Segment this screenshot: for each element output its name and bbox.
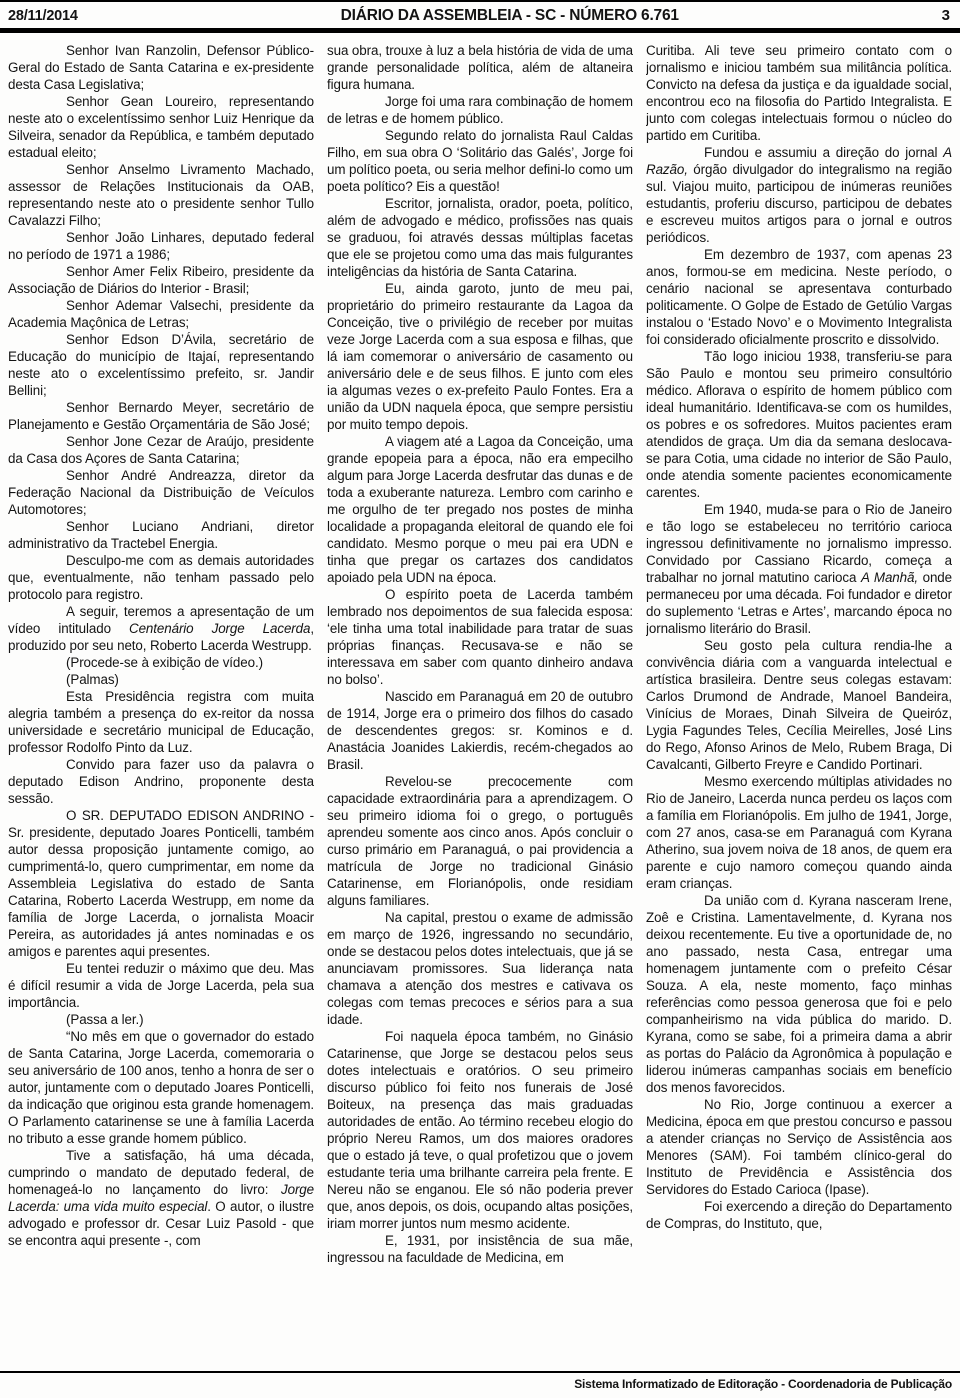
text-run: O espírito poeta de Lacerda também lembr… [327,587,633,687]
text-run: Fundou e assumiu a direção do jornal [704,145,943,160]
paragraph: Senhor Edson D’Ávila, secretário de Educ… [8,331,314,399]
text-run: (Palmas) [66,672,119,687]
text-run: “No mês em que o governador do estado de… [8,1029,314,1146]
text-run: Nascido em Paranaguá em 20 de outubro de… [327,689,633,772]
page-header: 28/11/2014 DIÁRIO DA ASSEMBLEIA - SC - N… [0,0,960,33]
text-run: Senhor Luciano Andriani, diretor adminis… [8,519,314,551]
text-run: Seu gosto pela cultura rendia-lhe a conv… [646,638,952,772]
text-run: Revelou-se precocemente com capacidade e… [327,774,633,908]
text-columns: Senhor Ivan Ranzolin, Defensor Público-G… [0,33,960,1329]
text-run: Senhor Bernardo Meyer, secretário de Pla… [8,400,314,432]
text-run: Convido para fazer uso da palavra o depu… [8,757,314,806]
text-run: Tão logo iniciou 1938, transferiu-se par… [646,349,952,500]
text-run: Senhor Ademar Valsechi, presidente da Ac… [8,298,314,330]
text-run: Curitiba. Ali teve seu primeiro contato … [646,43,952,143]
text-run: Senhor Gean Loureiro, representando nest… [8,94,314,160]
text-column-3: Curitiba. Ali teve seu primeiro contato … [646,42,952,1329]
paragraph: Esta Presidência registra com muita aleg… [8,688,314,756]
paragraph: Segundo relato do jornalista Raul Caldas… [327,127,633,195]
text-run: Desculpo-me com as demais autoridades qu… [8,553,314,602]
text-run: A viagem até a Lagoa da Conceição, uma g… [327,434,633,585]
paragraph: Senhor Amer Felix Ribeiro, presidente da… [8,263,314,297]
paragraph: Senhor Ivan Ranzolin, Defensor Público-G… [8,42,314,93]
text-run: Senhor Jone Cezar de Araújo, presidente … [8,434,314,466]
paragraph: Escritor, jornalista, orador, poeta, pol… [327,195,633,280]
paragraph: Na capital, prestou o exame de admissão … [327,909,633,1028]
italic-text-run: A Manhã, [861,570,918,585]
text-run: (Passa a ler.) [66,1012,144,1027]
text-run: (Procede-se à exibição de vídeo.) [66,655,263,670]
text-run: Escritor, jornalista, orador, poeta, pol… [327,196,633,279]
text-column-1: Senhor Ivan Ranzolin, Defensor Público-G… [8,42,314,1329]
paragraph: Nascido em Paranaguá em 20 de outubro de… [327,688,633,773]
footer-text: Sistema Informatizado de Editoração - Co… [0,1373,960,1398]
page-footer: Sistema Informatizado de Editoração - Co… [0,1371,960,1398]
text-run: Senhor Ivan Ranzolin, Defensor Público-G… [8,43,314,92]
text-run: Jorge foi uma rara combinação de homem d… [327,94,633,126]
paragraph: Da união com d. Kyrana nasceram Irene, Z… [646,892,952,1096]
paragraph: Foi naquela época também, no Ginásio Cat… [327,1028,633,1232]
text-run: Eu tentei reduzir o máximo que deu. Mas … [8,961,314,1010]
text-run: Senhor João Linhares, deputado federal n… [8,230,314,262]
text-column-2: sua obra, trouxe à luz a bela história d… [327,42,633,1329]
top-rule [0,0,960,2]
masthead-title: DIÁRIO DA ASSEMBLEIA - SC - NÚMERO 6.761 [341,7,679,25]
text-run: Na capital, prestou o exame de admissão … [327,910,633,1027]
paragraph: O SR. DEPUTADO EDISON ANDRINO - Sr. pres… [8,807,314,960]
paragraph: Convido para fazer uso da palavra o depu… [8,756,314,807]
paragraph: Senhor André Andreazza, diretor da Feder… [8,467,314,518]
paragraph: Senhor Anselmo Livramento Machado, asses… [8,161,314,229]
text-run: E, 1931, por insistência de sua mãe, ing… [327,1233,633,1265]
paragraph: Eu, ainda garoto, junto de meu pai, prop… [327,280,633,433]
paragraph: O espírito poeta de Lacerda também lembr… [327,586,633,688]
text-run: Senhor André Andreazza, diretor da Feder… [8,468,314,517]
italic-text-run: Centenário Jorge Lacerda [129,621,310,636]
paragraph: Curitiba. Ali teve seu primeiro contato … [646,42,952,144]
paragraph: Fundou e assumiu a direção do jornal A R… [646,144,952,246]
text-run: Da união com d. Kyrana nasceram Irene, Z… [646,893,952,1095]
paragraph: (Passa a ler.) [8,1011,314,1028]
paragraph: Senhor Bernardo Meyer, secretário de Pla… [8,399,314,433]
paragraph: No Rio, Jorge continuou a exercer a Medi… [646,1096,952,1198]
paragraph: Revelou-se precocemente com capacidade e… [327,773,633,909]
text-run: Mesmo exercendo múltiplas atividades no … [646,774,952,891]
paragraph: Seu gosto pela cultura rendia-lhe a conv… [646,637,952,773]
paragraph: Senhor Jone Cezar de Araújo, presidente … [8,433,314,467]
text-run: Foi exercendo a direção do Departamento … [646,1199,952,1231]
paragraph: Tive a satisfação, há uma década, cumpri… [8,1147,314,1249]
text-run: Senhor Anselmo Livramento Machado, asses… [8,162,314,228]
page-number: 3 [942,7,950,24]
paragraph: Senhor Ademar Valsechi, presidente da Ac… [8,297,314,331]
gazette-page: 28/11/2014 DIÁRIO DA ASSEMBLEIA - SC - N… [0,0,960,1398]
text-run: Eu, ainda garoto, junto de meu pai, prop… [327,281,633,432]
paragraph: Desculpo-me com as demais autoridades qu… [8,552,314,603]
text-run: Senhor Amer Felix Ribeiro, presidente da… [8,264,314,296]
paragraph: Senhor Gean Loureiro, representando nest… [8,93,314,161]
text-run: No Rio, Jorge continuou a exercer a Medi… [646,1097,952,1197]
paragraph: Foi exercendo a direção do Departamento … [646,1198,952,1232]
paragraph: Senhor Luciano Andriani, diretor adminis… [8,518,314,552]
paragraph: Mesmo exercendo múltiplas atividades no … [646,773,952,892]
paragraph: Senhor João Linhares, deputado federal n… [8,229,314,263]
text-run: Esta Presidência registra com muita aleg… [8,689,314,755]
text-run: Segundo relato do jornalista Raul Caldas… [327,128,633,194]
paragraph: E, 1931, por insistência de sua mãe, ing… [327,1232,633,1266]
paragraph: Jorge foi uma rara combinação de homem d… [327,93,633,127]
paragraph: A seguir, teremos a apresentação de um v… [8,603,314,654]
issue-date: 28/11/2014 [8,8,78,24]
header-row: 28/11/2014 DIÁRIO DA ASSEMBLEIA - SC - N… [0,0,960,28]
text-run: Tive a satisfação, há uma década, cumpri… [8,1148,314,1197]
paragraph: “No mês em que o governador do estado de… [8,1028,314,1147]
paragraph: (Palmas) [8,671,314,688]
text-run: Em dezembro de 1937, com apenas 23 anos,… [646,247,952,347]
text-run: sua obra, trouxe à luz a bela história d… [327,43,633,92]
paragraph: sua obra, trouxe à luz a bela história d… [327,42,633,93]
text-run: órgão divulgador do integralismo na regi… [646,162,952,245]
text-run: O SR. DEPUTADO EDISON ANDRINO - Sr. pres… [8,808,314,959]
paragraph: (Procede-se à exibição de vídeo.) [8,654,314,671]
text-run: Senhor Edson D’Ávila, secretário de Educ… [8,332,314,398]
paragraph: A viagem até a Lagoa da Conceição, uma g… [327,433,633,586]
paragraph: Eu tentei reduzir o máximo que deu. Mas … [8,960,314,1011]
paragraph: Em dezembro de 1937, com apenas 23 anos,… [646,246,952,348]
paragraph: Em 1940, muda-se para o Rio de Janeiro e… [646,501,952,637]
paragraph: Tão logo iniciou 1938, transferiu-se par… [646,348,952,501]
text-run: Foi naquela época também, no Ginásio Cat… [327,1029,633,1231]
